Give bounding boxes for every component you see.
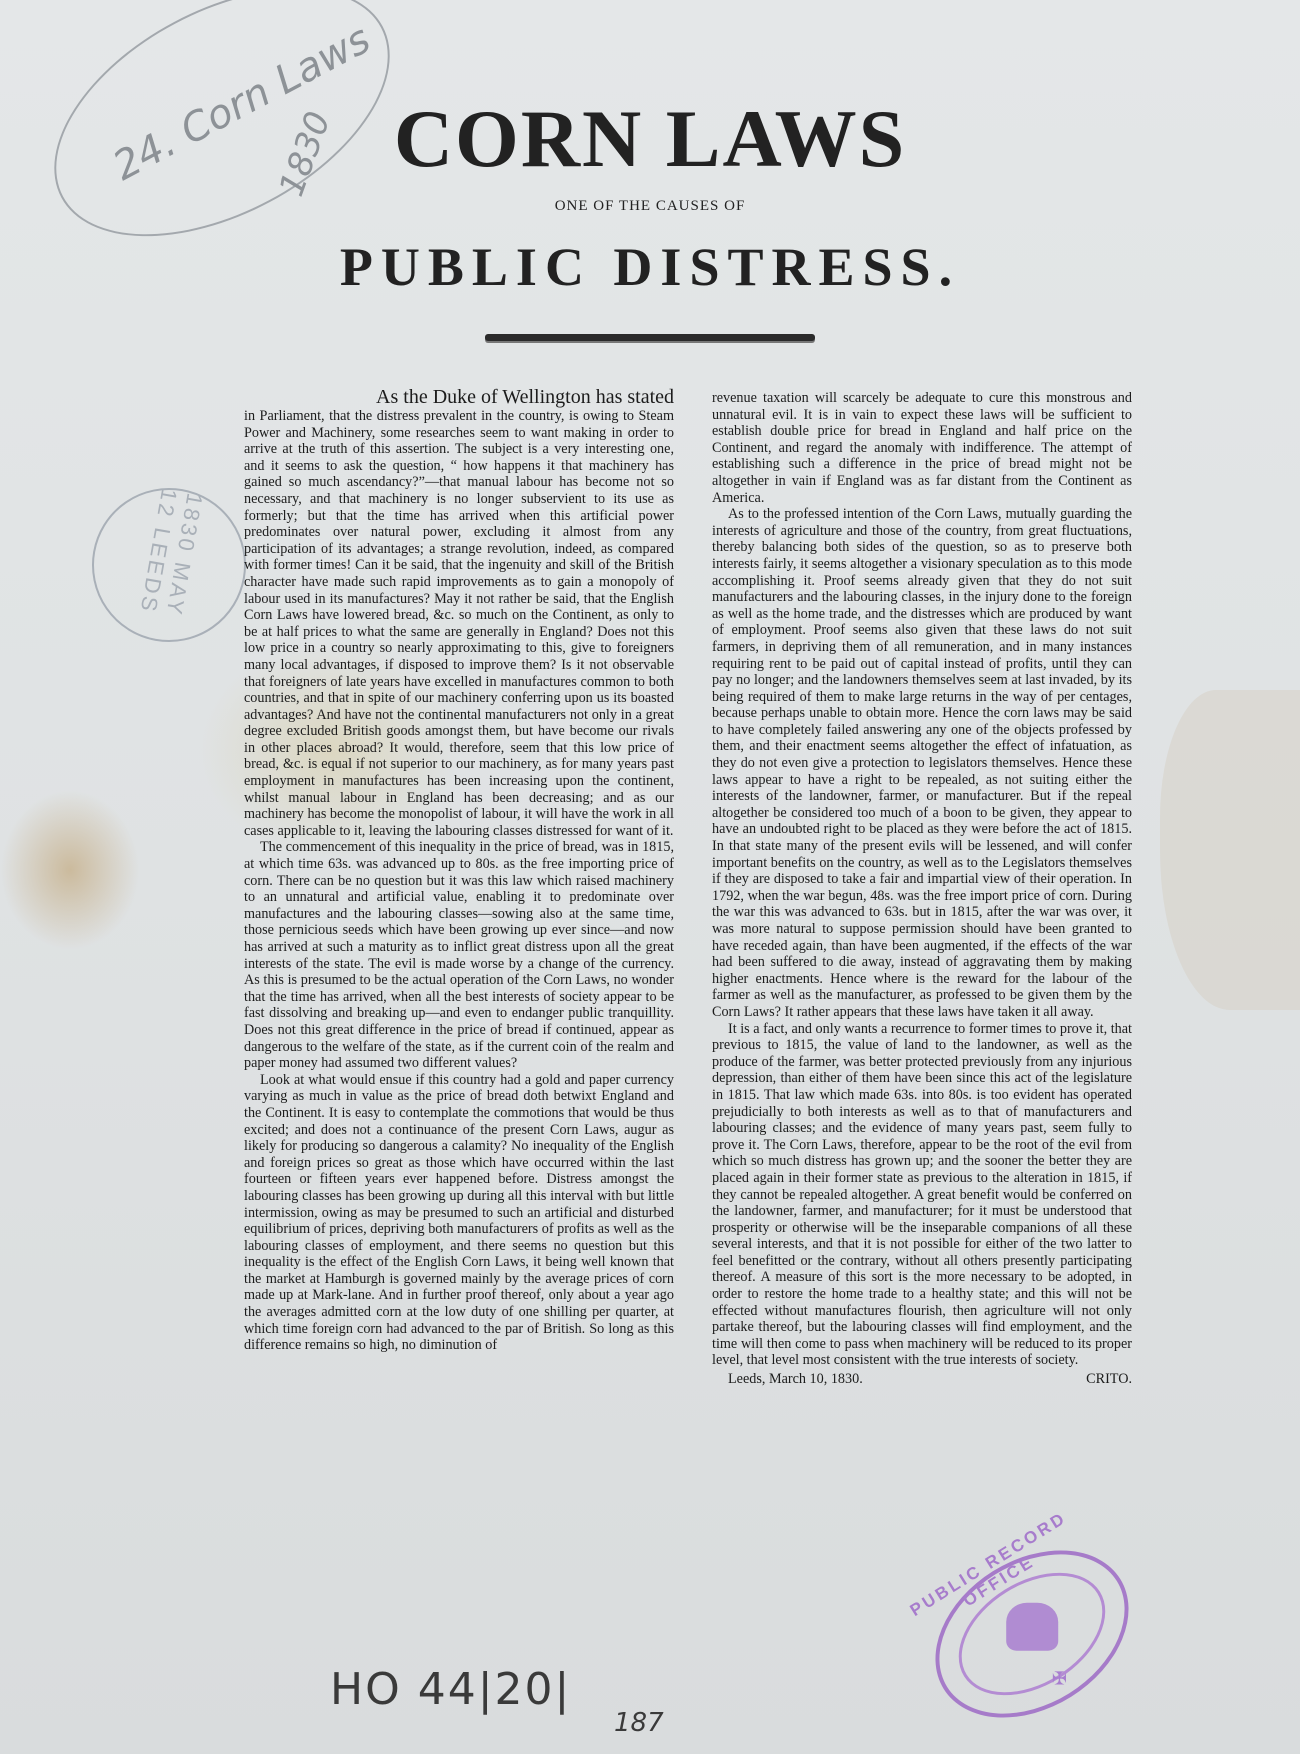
circular-postmark: 1830 MAY 12 LEEDS bbox=[80, 476, 258, 654]
water-stain bbox=[0, 790, 140, 950]
public-record-office-stamp: PUBLIC RECORD OFFICE ✠ bbox=[905, 1516, 1160, 1752]
article-paragraph: It is a fact, and only wants a recurrenc… bbox=[712, 1021, 1132, 1369]
cross-icon: ✠ bbox=[1052, 1668, 1067, 1689]
title-rule-divider bbox=[485, 334, 815, 341]
article-paragraph: in Parliament, that the distress prevale… bbox=[244, 408, 674, 839]
place-date: Leeds, March 10, 1830. bbox=[728, 1371, 863, 1388]
folio-number: 187 bbox=[614, 1708, 664, 1738]
article-right-column: revenue taxation will scarcely be adequa… bbox=[712, 390, 1132, 1388]
signoff: Leeds, March 10, 1830. CRITO. bbox=[712, 1371, 1132, 1388]
article-paragraph: The commencement of this inequality in t… bbox=[244, 839, 674, 1071]
article-paragraph: Look at what would ensue if this country… bbox=[244, 1072, 674, 1354]
signature: CRITO. bbox=[1086, 1371, 1132, 1388]
postmark-text: 1830 MAY 12 LEEDS bbox=[130, 487, 207, 644]
article-paragraph: As to the professed intention of the Cor… bbox=[712, 506, 1132, 1020]
article-left-column: As the Duke of Wellington has stated in … bbox=[244, 386, 674, 1354]
article-lead-in: As the Duke of Wellington has stated bbox=[244, 386, 674, 408]
document-page: 24. Corn Laws 1830 1830 MAY 12 LEEDS COR… bbox=[0, 0, 1300, 1754]
page-title: CORN LAWS bbox=[0, 92, 1300, 186]
archive-reference: HO 44|20| bbox=[330, 1664, 571, 1715]
article-paragraph: revenue taxation will scarcely be adequa… bbox=[712, 390, 1132, 506]
paper-tear bbox=[1160, 690, 1300, 1010]
page-title-secondary: PUBLIC DISTRESS. bbox=[0, 236, 1300, 298]
page-subtitle: ONE OF THE CAUSES OF bbox=[0, 198, 1300, 215]
crown-icon bbox=[1006, 1603, 1058, 1651]
